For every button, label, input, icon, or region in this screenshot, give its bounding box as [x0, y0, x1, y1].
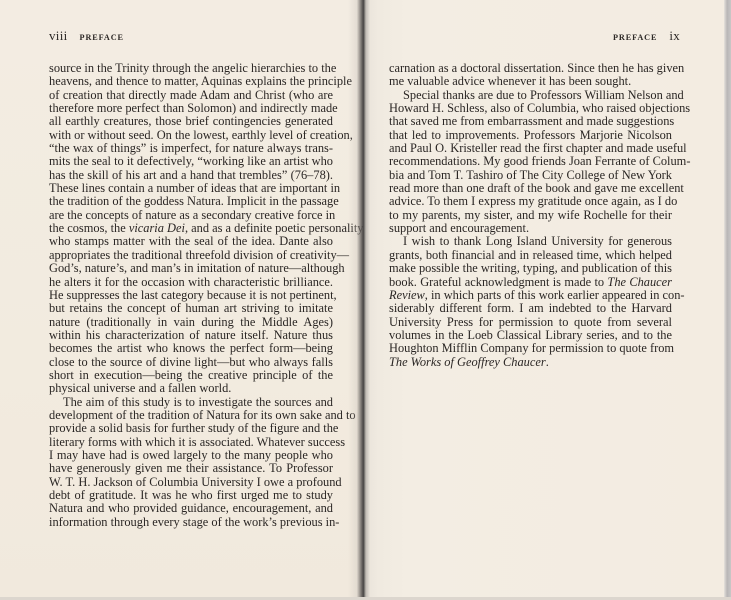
text-line: development of the tradition of Natura f… [49, 409, 333, 422]
text-run: book. Grateful acknowledgment is made to [389, 275, 607, 289]
text-line: W. T. H. Jackson of Columbia University … [49, 476, 333, 489]
text-line: therefore more perfect than Solomon) and… [49, 102, 333, 115]
text-line: the cosmos, the vicaria Dei, and as a de… [49, 222, 333, 235]
text-line: the tradition of the goddess Natura. Imp… [49, 195, 333, 208]
text-run: , and as a definite poetic personality [185, 221, 364, 235]
text-line: book. Grateful acknowledgment is made to… [389, 276, 672, 289]
text-line: Howard H. Schless, also of Columbia, who… [389, 102, 672, 115]
text-line: with or without seed. On the lowest, ear… [49, 129, 333, 142]
text-line: carnation as a doctoral dissertation. Si… [389, 62, 672, 75]
text-line: recommendations. My good friends Joan Fe… [389, 155, 672, 168]
text-line: nature (traditionally in vain during the… [49, 316, 333, 329]
left-page-number: viii [49, 28, 68, 43]
text-line: to my parents, my sister, and my wife Ro… [389, 209, 672, 222]
text-line: The aim of this study is to investigate … [49, 396, 333, 409]
text-line: are the concepts of nature as a secondar… [49, 209, 333, 222]
text-line: make possible the writing, typing, and p… [389, 262, 672, 275]
text-line: I may have had is owed largely to the ma… [49, 449, 333, 462]
left-page-body-text: source in the Trinity through the angeli… [49, 62, 333, 529]
text-line: He suppresses the last category because … [49, 289, 333, 302]
text-line: but retains the concept of human art str… [49, 302, 333, 315]
text-line: literary forms with which it is associat… [49, 436, 333, 449]
text-line: he alters it for the occasion with chara… [49, 276, 333, 289]
text-line: Houghton Mifflin Company for permission … [389, 342, 672, 355]
text-line: mits the seal to it defectively, “workin… [49, 155, 333, 168]
right-page: PREFACEix carnation as a doctoral disser… [366, 0, 724, 600]
text-line: me valuable advice whenever it has been … [389, 75, 672, 88]
right-page-number: ix [669, 28, 680, 43]
left-section-title: PREFACE [80, 33, 124, 42]
text-line: siderably different form. I am indebted … [389, 302, 672, 315]
text-line: University Press for permission to quote… [389, 316, 672, 329]
text-line: bia and Tom T. Tashiro of The City Colle… [389, 169, 672, 182]
text-line: becomes the artist who knows the perfect… [49, 342, 333, 355]
italic-title: The Chaucer [607, 275, 672, 289]
text-line: advice. To them I express my gratitude o… [389, 195, 672, 208]
text-line: within his characterization of nature it… [49, 329, 333, 342]
text-line: who stamps matter with the seal of the i… [49, 235, 333, 248]
italic-title: Review [389, 288, 425, 302]
text-line: that led to improvements. Professors Mar… [389, 129, 672, 142]
text-line: heavens, and thence to matter, Aquinas e… [49, 75, 333, 88]
text-line: appropriates the traditional threefold d… [49, 249, 333, 262]
right-section-title: PREFACE [613, 33, 657, 42]
text-line: I wish to thank Long Island University f… [389, 235, 672, 248]
text-line: read more than one draft of the book and… [389, 182, 672, 195]
text-line: Review, in which parts of this work earl… [389, 289, 672, 302]
text-line: and Paul O. Kristeller read the first ch… [389, 142, 672, 155]
text-line: support and encouragement. [389, 222, 672, 235]
italic-title: The Works of Geoffrey Chaucer [389, 355, 546, 369]
text-line: has the skill of his art and a hand that… [49, 169, 333, 182]
text-line: grants, both financial and in released t… [389, 249, 672, 262]
text-run: the cosmos, the [49, 221, 129, 235]
text-line: volumes in the Loeb Classical Library se… [389, 329, 672, 342]
text-line: “the wax of things” is imperfect, for na… [49, 142, 333, 155]
text-line: short in execution—being the creative pr… [49, 369, 333, 382]
right-running-head: PREFACEix [613, 27, 680, 45]
text-line: all earthly creatures, those brief conti… [49, 115, 333, 128]
italic-title: vicaria Dei [129, 221, 185, 235]
text-run: , in which parts of this work earlier ap… [425, 288, 685, 302]
text-line: physical universe and a fallen world. [49, 382, 333, 395]
book-gutter-shadow [348, 0, 370, 600]
left-running-head: viiiPREFACE [49, 27, 124, 45]
text-line: provide a solid basis for further study … [49, 422, 333, 435]
text-run: . [546, 355, 549, 369]
left-page: viiiPREFACE source in the Trinity throug… [0, 0, 362, 600]
text-line: have generously given me their assistanc… [49, 462, 333, 475]
text-line: debt of gratitude. It was he who first u… [49, 489, 333, 502]
text-line: These lines contain a number of ideas th… [49, 182, 333, 195]
page-edge [724, 0, 731, 600]
text-line: that saved me from embarrassment and mad… [389, 115, 672, 128]
text-line: Special thanks are due to Professors Wil… [389, 89, 672, 102]
text-line: of creation that directly made Adam and … [49, 89, 333, 102]
text-line: The Works of Geoffrey Chaucer. [389, 356, 672, 369]
text-line: God’s, nature’s, and man’s in imitation … [49, 262, 333, 275]
book-spread: viiiPREFACE source in the Trinity throug… [0, 0, 731, 600]
text-line: information through every stage of the w… [49, 516, 333, 529]
text-line: close to the source of divine light—but … [49, 356, 333, 369]
text-line: Natura and who provided guidance, encour… [49, 502, 333, 515]
right-page-body-text: carnation as a doctoral dissertation. Si… [389, 62, 672, 369]
text-line: source in the Trinity through the angeli… [49, 62, 333, 75]
